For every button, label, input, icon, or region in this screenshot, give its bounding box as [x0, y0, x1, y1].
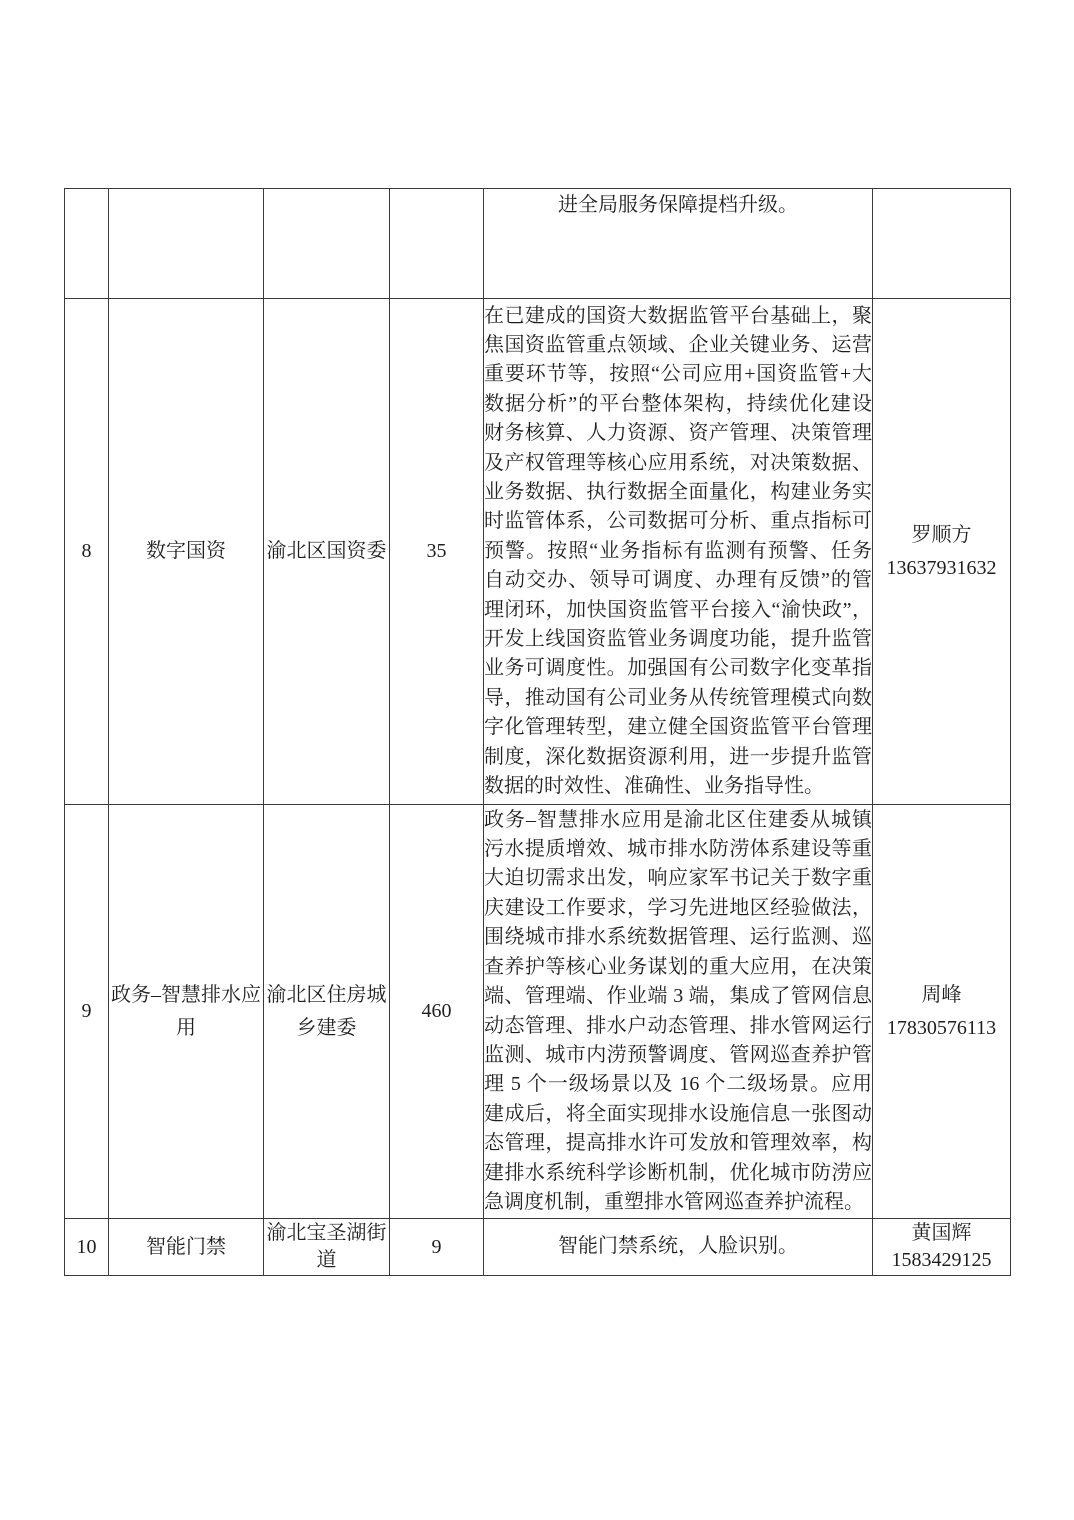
- project-name-cell: 数字国资: [109, 299, 264, 805]
- project-name-cell: 政务–智慧排水应用: [109, 805, 264, 1219]
- contact-phone: 13637931632: [873, 552, 1010, 585]
- contact-cell: 罗顺方 13637931632: [873, 299, 1011, 805]
- row-number-cell: [65, 189, 109, 299]
- amount-cell: 9: [390, 1219, 484, 1276]
- contact-cell: 黄国辉 1583429125: [873, 1219, 1011, 1276]
- description-cell: 智能门禁系统，人脸识别。: [484, 1219, 873, 1276]
- project-name-cell: [109, 189, 264, 299]
- contact-cell: [873, 189, 1011, 299]
- description-cell: 政务–智慧排水应用是渝北区住建委从城镇污水提质增效、城市排水防涝体系建设等重大迫…: [484, 805, 873, 1219]
- document-page: 进全局服务保障提档升级。 8 数字国资 渝北区国资委 35 在已建成的国资大数据…: [0, 0, 1074, 1520]
- row-number-cell: 9: [65, 805, 109, 1219]
- row-number-cell: 8: [65, 299, 109, 805]
- amount-cell: 35: [390, 299, 484, 805]
- table-row: 8 数字国资 渝北区国资委 35 在已建成的国资大数据监管平台基础上，聚焦国资监…: [65, 299, 1011, 805]
- org-cell: 渝北区住房城乡建委: [264, 805, 390, 1219]
- contact-name: 黄国辉: [873, 1220, 1010, 1247]
- description-cell: 进全局服务保障提档升级。: [484, 189, 873, 299]
- contact-phone: 17830576113: [873, 1012, 1010, 1045]
- table-row: 10 智能门禁 渝北宝圣湖街道 9 智能门禁系统，人脸识别。 黄国辉 15834…: [65, 1219, 1011, 1276]
- org-cell: 渝北宝圣湖街道: [264, 1219, 390, 1276]
- contact-name: 罗顺方: [873, 519, 1010, 552]
- project-table: 进全局服务保障提档升级。 8 数字国资 渝北区国资委 35 在已建成的国资大数据…: [64, 188, 1011, 1276]
- project-name-cell: 智能门禁: [109, 1219, 264, 1276]
- org-cell: [264, 189, 390, 299]
- org-cell: 渝北区国资委: [264, 299, 390, 805]
- contact-cell: 周峰 17830576113: [873, 805, 1011, 1219]
- amount-cell: 460: [390, 805, 484, 1219]
- description-cell: 在已建成的国资大数据监管平台基础上，聚焦国资监管重点领域、企业关键业务、运营重要…: [484, 299, 873, 805]
- contact-phone: 1583429125: [873, 1247, 1010, 1274]
- contact-name: 周峰: [873, 979, 1010, 1012]
- row-number-cell: 10: [65, 1219, 109, 1276]
- table-row-continuation: 进全局服务保障提档升级。: [65, 189, 1011, 299]
- table-row: 9 政务–智慧排水应用 渝北区住房城乡建委 460 政务–智慧排水应用是渝北区住…: [65, 805, 1011, 1219]
- amount-cell: [390, 189, 484, 299]
